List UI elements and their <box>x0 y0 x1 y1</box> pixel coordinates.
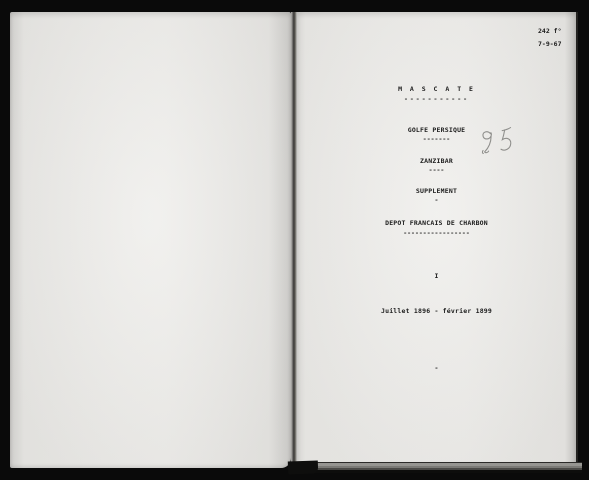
right-title-page <box>297 12 578 462</box>
scanned-book-spread: 242 f°7-9-67 M A S C A T E ----------- G… <box>0 0 589 480</box>
folio-number: 242 f° <box>538 27 561 35</box>
heading-supplement: SUPPLEMENT <box>297 187 576 195</box>
date-range: Juillet 1896 - février 1899 <box>297 307 576 315</box>
depot-charbon-underline: ----------------- <box>297 229 576 237</box>
page-stack-edge <box>299 462 582 473</box>
gutter-shadow <box>288 460 318 474</box>
heading-depot-charbon: DEPOT FRANCAIS DE CHARBON <box>297 219 576 227</box>
zanzibar-underline: ---- <box>297 166 576 174</box>
title-underline: ----------- <box>297 95 576 103</box>
folio-annotation: 242 f°7-9-67 <box>538 25 572 51</box>
stamp-date: 7-9-67 <box>538 40 561 48</box>
heading-golfe-persique: GOLFE PERSIQUE <box>297 126 576 134</box>
closing-dash: - <box>297 364 576 372</box>
volume-number: I <box>297 272 576 280</box>
page-title: M A S C A T E <box>297 85 576 93</box>
left-page-blank <box>10 12 291 468</box>
heading-zanzibar: ZANZIBAR <box>297 157 576 165</box>
pencil-95-icon <box>475 123 519 162</box>
handwritten-95-note <box>475 123 519 162</box>
supplement-underline: - <box>297 196 576 204</box>
golfe-persique-underline: ------- <box>297 135 576 143</box>
